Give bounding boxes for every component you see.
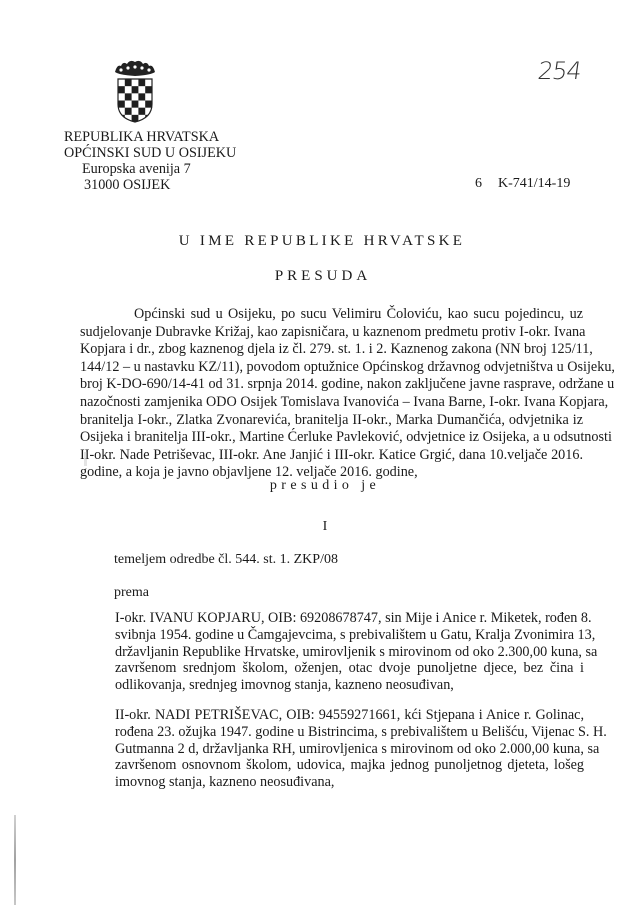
coat-of-arms-icon bbox=[113, 58, 157, 124]
intro-line: branitelja I-okr., Zlatka Zvonarevića, b… bbox=[80, 412, 583, 430]
intro-line: Općinski sud u Osijeku, po sucu Velimiru… bbox=[80, 306, 583, 324]
header-country: REPUBLIKA HRVATSKA bbox=[64, 129, 219, 145]
case-number-prefix: 6 bbox=[475, 176, 482, 191]
defendant-1-block: I-okr. IVANU KOPJARU, OIB: 69208678747, … bbox=[115, 610, 584, 694]
defendant-1-line: svibnja 1954. godine u Čamgajevcima, s p… bbox=[115, 627, 584, 644]
intro-line: 144/12 – u nastavku KZ/11), povodom optu… bbox=[80, 359, 583, 377]
defendant-1-line: I-okr. IVANU KOPJARU, OIB: 69208678747, … bbox=[115, 610, 584, 627]
document-title: U IME REPUBLIKE HRVATSKE bbox=[0, 233, 638, 250]
defendant-1-line: odlikovanja, srednjeg imovnog stanja, ka… bbox=[115, 677, 584, 694]
defendant-1-line: državljanin Republike Hrvatske, umirovlj… bbox=[115, 644, 584, 661]
defendant-2-line: završenom osnovnom školom, udovica, majk… bbox=[115, 757, 584, 774]
scan-artifact-mark bbox=[84, 452, 87, 466]
case-number-code: K-741/14-19 bbox=[498, 176, 570, 191]
intro-line: broj K-DO-690/14-41 od 31. srpnja 2014. … bbox=[80, 376, 583, 394]
defendant-2-line: imovnog stanja, kazneno neosuđivana, bbox=[115, 774, 584, 791]
defendant-2-line: rođena 23. ožujka 1947. godine u Bistrin… bbox=[115, 724, 584, 741]
header-street: Europska avenija 7 bbox=[82, 161, 191, 177]
defendant-2-line: II-okr. NADI PETRIŠEVAC, OIB: 9455927166… bbox=[115, 707, 584, 724]
verdict-heading: presudio je bbox=[0, 478, 638, 494]
intro-line: nazočnosti zamjenika ODO Osijek Tomislav… bbox=[80, 394, 583, 412]
intro-line: Osijeka i branitelja III-okr., Martine Ć… bbox=[80, 429, 583, 447]
defendant-1-line: završenom srednjom školom, oženjen, otac… bbox=[115, 660, 584, 677]
document-subtitle: PRESUDA bbox=[0, 268, 638, 285]
intro-line: sudjelovanje Dubravke Križaj, kao zapisn… bbox=[80, 324, 583, 342]
intro-line: II-okr. Nade Petriševac, III-okr. Ane Ja… bbox=[80, 447, 583, 465]
case-number: 6K-741/14-19 bbox=[475, 176, 570, 192]
section-number: I bbox=[0, 519, 638, 535]
intro-paragraph: Općinski sud u Osijeku, po sucu Velimiru… bbox=[80, 306, 583, 482]
prema-label: prema bbox=[114, 585, 149, 601]
header-city: 31000 OSIJEK bbox=[84, 177, 170, 193]
intro-line: Kopjara i dr., zbog kaznenog djela iz čl… bbox=[80, 341, 583, 359]
legal-basis: temeljem odredbe čl. 544. st. 1. ZKP/08 bbox=[114, 552, 338, 568]
defendant-2-block: II-okr. NADI PETRIŠEVAC, OIB: 9455927166… bbox=[115, 707, 584, 791]
handwritten-page-number: 254 bbox=[536, 57, 583, 85]
header-court: OPĆINSKI SUD U OSIJEKU bbox=[64, 145, 236, 161]
defendant-2-line: Gutmanna 2 d, državljanka RH, umirovljen… bbox=[115, 741, 584, 758]
scan-artifact-line bbox=[14, 815, 16, 905]
